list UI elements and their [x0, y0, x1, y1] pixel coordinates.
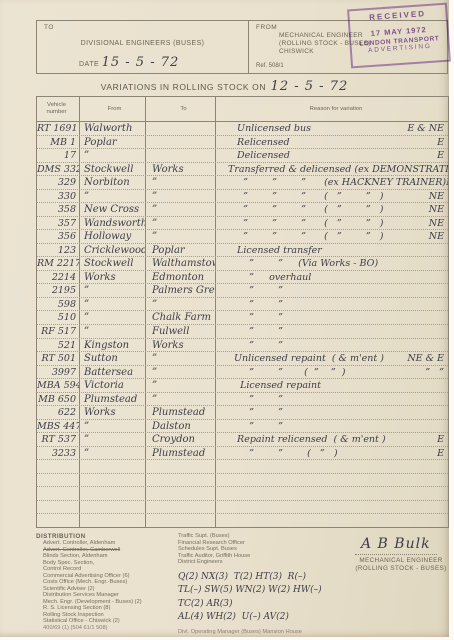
stamp-received-text: RECEIVED: [349, 8, 445, 24]
vehicle-number: [37, 487, 80, 500]
reason-cell: ” ” (Via Works - BO): [216, 257, 448, 270]
reason-text: ” ”: [228, 298, 283, 311]
from-label: FROM: [256, 24, 277, 31]
reason-text: ” ”: [228, 311, 283, 324]
from-garage: Holloway: [80, 230, 146, 243]
from-garage: ”: [80, 284, 146, 297]
reason-cell: [216, 460, 448, 473]
reason-text: ” ”: [228, 420, 283, 433]
from-garage: ”: [80, 311, 146, 324]
to-garage: Plumstead: [146, 406, 216, 419]
reason-cell: ” overhaul: [216, 271, 448, 284]
from-garage: Stockwell: [80, 163, 146, 176]
to-garage: Walthamstow: [146, 257, 216, 270]
reason-cell: [216, 501, 448, 514]
garage-allocations: Q(2) NX(3) T(2) HT(3) R(–)TL(–) SW(5) WN…: [178, 571, 343, 625]
vehicle-number: 123: [37, 244, 80, 257]
table-row: 622WorksPlumstead ” ”: [37, 406, 448, 420]
table-row: 330”” ” ” ” ( ” ” )NE: [37, 190, 448, 204]
table-row: 356Holloway” ” ” ” ( ” ” )NE: [37, 230, 448, 244]
to-garage: Works: [146, 339, 216, 352]
table-row: RT 537”Croydon Repaint relicensed ( & m'…: [37, 433, 448, 447]
table-row: DMS 332StockwellWorksTransferred & delic…: [37, 163, 448, 177]
table-row: 521KingstonWorks ” ”: [37, 339, 448, 353]
from-garage: Battersea: [80, 366, 146, 379]
vehicle-number: 622: [37, 406, 80, 419]
reason-cell: ” ” ” ( ” ” )NE: [216, 203, 448, 216]
col-header-to: To: [146, 97, 216, 121]
table-row: RM 2217StockwellWalthamstow ” ” (Via Wor…: [37, 257, 448, 271]
reason-text: ” ” ( ” ” ): [228, 366, 345, 379]
table-row: MBA 594Victoria” Licensed repaint: [37, 379, 448, 393]
vehicle-number: 358: [37, 203, 80, 216]
reason-cell: DelicensedE: [216, 149, 448, 162]
from-garage: Poplar: [80, 136, 146, 149]
reason-cell: ” ” ( ” ” )” ”: [216, 366, 448, 379]
division-code: E: [437, 447, 444, 460]
col-header-reason: Reason for variation: [216, 97, 448, 121]
signature: A B Bulk: [355, 536, 437, 555]
division-code: NE: [429, 190, 444, 203]
vehicle-number: RT 1691: [37, 122, 80, 135]
table-row: 3997Battersea” ” ” ( ” ” )” ”: [37, 366, 448, 380]
table-row: 329Norbiton” ” ” ” (ex HACKNEY TRAINER)N…: [37, 176, 448, 190]
reason-cell: [216, 514, 448, 527]
table-row: 598”” ” ”: [37, 298, 448, 312]
table-row: 357Wandsworth” ” ” ” ( ” ” )NE: [37, 217, 448, 231]
vehicle-number: 3997: [37, 366, 80, 379]
table-row: 2214WorksEdmonton ” overhaul: [37, 271, 448, 285]
vehicle-number: 2214: [37, 271, 80, 284]
from-garage: ”: [80, 190, 146, 203]
reason-text: ” ” ” ( ” ” ): [228, 217, 384, 230]
from-garage: [80, 514, 146, 527]
recipients-list: Traffic Supt. (Buses)Financial Research …: [178, 533, 343, 566]
table-row: MBS 447”Dalston ” ”: [37, 420, 448, 434]
to-garage: [146, 122, 216, 135]
vehicle-number: RT 537: [37, 433, 80, 446]
to-garage: ”: [146, 176, 216, 189]
table-row: [37, 474, 448, 488]
reason-cell: ” ” ( ” )E: [216, 447, 448, 460]
reason-cell: ” ”: [216, 325, 448, 338]
vehicle-number: 2195: [37, 284, 80, 297]
division-code: NE & E: [407, 352, 444, 365]
form-reference: 400/69 (1) (504 61/1 508): [36, 625, 176, 632]
table-row: 17” DelicensedE: [37, 149, 448, 163]
vehicle-number: MBA 594: [37, 379, 80, 392]
vehicle-number: 598: [37, 298, 80, 311]
signature-block: A B Bulk MECHANICAL ENGINEER (ROLLING ST…: [341, 535, 454, 573]
reason-cell: Unlicensed busE & NE: [216, 122, 448, 135]
reason-text: Repaint relicensed ( & m'ent ): [228, 433, 386, 446]
date-handwritten: 15 - 5 - 72: [102, 55, 180, 70]
vehicle-number: 357: [37, 217, 80, 230]
vehicle-number: 356: [37, 230, 80, 243]
reason-text: ” ”: [228, 284, 283, 297]
to-garage: [146, 149, 216, 162]
from-garage: Wandsworth: [80, 217, 146, 230]
form-title: VARIATIONS IN ROLLING STOCK ON 12 - 5 - …: [0, 77, 449, 95]
to-garage: Plumstead: [146, 447, 216, 460]
reason-cell: [216, 487, 448, 500]
to-garage: ”: [146, 190, 216, 203]
from-garage: ”: [80, 420, 146, 433]
to-garage: ”: [146, 352, 216, 365]
reason-cell: Licensed repaint: [216, 379, 448, 392]
to-garage: ”: [146, 379, 216, 392]
to-garage: ”: [146, 393, 216, 406]
distribution-block: DISTRIBUTION Advert. Controller, Aldenha…: [36, 533, 176, 631]
reason-text: ” ” ” ( ” ” ): [228, 230, 384, 243]
signatory-line-1: MECHANICAL ENGINEER: [341, 557, 454, 565]
to-garage: Palmers Green: [146, 284, 216, 297]
reason-text: ” ”: [228, 339, 283, 352]
vehicle-number: 17: [37, 149, 80, 162]
reason-cell: Licensed transfer: [216, 244, 448, 257]
recipients-block: Traffic Supt. (Buses)Financial Research …: [178, 533, 343, 635]
from-garage: Norbiton: [80, 176, 146, 189]
from-garage: ”: [80, 447, 146, 460]
reason-text: ” ” (Via Works - BO): [228, 257, 378, 270]
to-garage: ”: [146, 217, 216, 230]
to-garage: ”: [146, 230, 216, 243]
vehicle-number: MB 650: [37, 393, 80, 406]
to-garage: [146, 501, 216, 514]
from-garage: [80, 487, 146, 500]
reason-text: ” ” ( ” ): [228, 447, 338, 460]
from-garage: [80, 460, 146, 473]
to-garage: [146, 136, 216, 149]
to-garage: [146, 514, 216, 527]
reason-cell: ” ”: [216, 284, 448, 297]
to-garage: Edmonton: [146, 271, 216, 284]
to-garage: ”: [146, 203, 216, 216]
signatory-line-2: (ROLLING STOCK - BUSES): [341, 565, 454, 573]
allocation-line: TL(–) SW(5) WN(2) W(2) HW(–): [178, 584, 343, 598]
division-code: E: [437, 433, 444, 446]
from-garage: Victoria: [80, 379, 146, 392]
col-header-from: From: [80, 97, 146, 121]
vehicle-number: RM 2217: [37, 257, 80, 270]
table-row: 2195”Palmers Green ” ”: [37, 284, 448, 298]
bottom-note: Divl. Operating Manager (Buses) Mansion …: [178, 629, 343, 635]
reason-cell: ” ”: [216, 339, 448, 352]
allocation-line: AL(4) WH(2) U(–) AV(2): [178, 611, 343, 625]
vehicle-number: [37, 474, 80, 487]
vehicle-number: MBS 447: [37, 420, 80, 433]
vehicle-number: 521: [37, 339, 80, 352]
from-garage: [80, 474, 146, 487]
table-header: Vehicle number From To Reason for variat…: [37, 97, 448, 122]
to-cell: TO DIVISIONAL ENGINEERS (BUSES) DATE 15 …: [37, 21, 249, 73]
to-label: TO: [44, 24, 54, 31]
from-garage: [80, 501, 146, 514]
reason-text: ” ” ” ( ” ” ): [228, 203, 384, 216]
date-row: DATE 15 - 5 - 72: [79, 55, 179, 70]
division-code: ” ”: [425, 366, 444, 379]
vehicle-number: 330: [37, 190, 80, 203]
division-code: E: [437, 149, 444, 162]
reason-cell: Repaint relicensed ( & m'ent )E: [216, 433, 448, 446]
distribution-list: Advert. Controller, AldenhamAdvert. Cont…: [36, 540, 176, 625]
reason-cell: RelicensedE: [216, 136, 448, 149]
reason-cell: ” ”: [216, 420, 448, 433]
reason-text: ” ” ” (ex HACKNEY TRAINER): [228, 176, 446, 189]
date-label: DATE: [79, 61, 99, 68]
from-garage: ”: [80, 433, 146, 446]
from-garage: Kingston: [80, 339, 146, 352]
reason-cell: ” ”: [216, 298, 448, 311]
to-garage: [146, 474, 216, 487]
col-header-vehicle-number: Vehicle number: [37, 97, 80, 121]
division-code: NE: [429, 203, 444, 216]
from-garage: Sutton: [80, 352, 146, 365]
reason-cell: Transferred & delicensed (ex DEMONSTRATI…: [216, 163, 448, 176]
from-garage: ”: [80, 298, 146, 311]
table-row: [37, 501, 448, 515]
reason-text: ” ” ” ( ” ” ): [228, 190, 384, 203]
reason-text: Relicensed: [228, 136, 290, 149]
reason-cell: ” ” ” (ex HACKNEY TRAINER)NE: [216, 176, 448, 189]
vehicle-number: RF 517: [37, 325, 80, 338]
from-garage: Works: [80, 406, 146, 419]
vehicle-number: [37, 460, 80, 473]
reason-text: Unlicensed bus: [228, 122, 311, 135]
reason-text: Licensed transfer: [228, 244, 322, 257]
to-value: DIVISIONAL ENGINEERS (BUSES): [37, 40, 248, 47]
reason-cell: Unlicensed repaint ( & m'ent )NE & E: [216, 352, 448, 365]
table-row: 358New Cross” ” ” ” ( ” ” )NE: [37, 203, 448, 217]
to-garage: Works: [146, 163, 216, 176]
table-row: 3233”Plumstead ” ” ( ” )E: [37, 447, 448, 461]
table-row: MB 1Poplar RelicensedE: [37, 136, 448, 150]
from-garage: Stockwell: [80, 257, 146, 270]
table-row: 510”Chalk Farm ” ”: [37, 311, 448, 325]
reason-cell: ” ” ” ( ” ” )NE: [216, 190, 448, 203]
table-row: RT 1691Walworth Unlicensed busE & NE: [37, 122, 448, 136]
to-garage: ”: [146, 298, 216, 311]
from-garage: Plumstead: [80, 393, 146, 406]
signatory-title: MECHANICAL ENGINEER (ROLLING STOCK - BUS…: [341, 557, 454, 573]
table-row: 123CricklewoodPoplar Licensed transfer: [37, 244, 448, 258]
table-row: [37, 487, 448, 501]
footer: DISTRIBUTION Advert. Controller, Aldenha…: [36, 533, 449, 637]
vehicle-number: DMS 332: [37, 163, 80, 176]
allocation-line: TC(2) AR(3): [178, 598, 343, 612]
vehicle-number: [37, 514, 80, 527]
table-body: RT 1691Walworth Unlicensed busE & NEMB 1…: [37, 122, 448, 527]
reason-text: ” overhaul: [228, 271, 311, 284]
vehicle-number: [37, 501, 80, 514]
vehicle-number: 3233: [37, 447, 80, 460]
received-stamp: RECEIVED 17 MAY 1972 LONDON TRANSPORT AD…: [347, 3, 451, 69]
table-row: [37, 514, 448, 527]
table-row: MB 650Plumstead” ” ”: [37, 393, 448, 407]
from-garage: Works: [80, 271, 146, 284]
reason-cell: ” ” ” ( ” ” )NE: [216, 217, 448, 230]
vehicle-number: 329: [37, 176, 80, 189]
to-garage: Fulwell: [146, 325, 216, 338]
from-garage: Cricklewood: [80, 244, 146, 257]
reason-cell: ” ”: [216, 311, 448, 324]
reason-cell: ” ”: [216, 406, 448, 419]
to-garage: ”: [146, 366, 216, 379]
reason-text: Licensed repaint: [228, 379, 321, 392]
to-garage: Dalston: [146, 420, 216, 433]
from-garage: ”: [80, 149, 146, 162]
reason-text: ” ”: [228, 393, 283, 406]
from-garage: ”: [80, 325, 146, 338]
recipient-item: District Engineers: [178, 559, 343, 566]
distribution-title: DISTRIBUTION: [36, 533, 176, 540]
division-code: NE: [446, 176, 448, 189]
to-garage: [146, 487, 216, 500]
to-garage: Poplar: [146, 244, 216, 257]
reason-text: ” ”: [228, 406, 283, 419]
reason-cell: ” ” ” ( ” ” )NE: [216, 230, 448, 243]
to-garage: Chalk Farm: [146, 311, 216, 324]
division-code: E & NE: [407, 122, 444, 135]
reason-text: Unlicensed repaint ( & m'ent ): [228, 352, 384, 365]
division-code: NE: [429, 230, 444, 243]
vehicle-number: RT 501: [37, 352, 80, 365]
division-code: NE: [429, 217, 444, 230]
from-garage: Walworth: [80, 122, 146, 135]
division-code: E: [437, 136, 444, 149]
table-row: [37, 460, 448, 474]
to-garage: [146, 460, 216, 473]
reason-text: Transferred & delicensed (ex DEMONSTRATI…: [228, 163, 448, 176]
title-printed: VARIATIONS IN ROLLING STOCK ON: [101, 82, 266, 92]
title-date-handwritten: 12 - 5 - 72: [271, 79, 349, 94]
table-row: RT 501Sutton” Unlicensed repaint ( & m'e…: [37, 352, 448, 366]
to-garage: Croydon: [146, 433, 216, 446]
reason-cell: [216, 474, 448, 487]
reason-text: Delicensed: [228, 149, 290, 162]
scanned-form: TO DIVISIONAL ENGINEERS (BUSES) DATE 15 …: [0, 0, 449, 637]
table-row: RF 517”Fulwell ” ”: [37, 325, 448, 339]
reason-cell: ” ”: [216, 393, 448, 406]
stock-table: Vehicle number From To Reason for variat…: [36, 96, 449, 528]
reference-number: Ref. 508/1: [256, 63, 284, 69]
from-garage: New Cross: [80, 203, 146, 216]
vehicle-number: MB 1: [37, 136, 80, 149]
allocation-line: Q(2) NX(3) T(2) HT(3) R(–): [178, 571, 343, 585]
reason-text: ” ”: [228, 325, 283, 338]
vehicle-number: 510: [37, 311, 80, 324]
